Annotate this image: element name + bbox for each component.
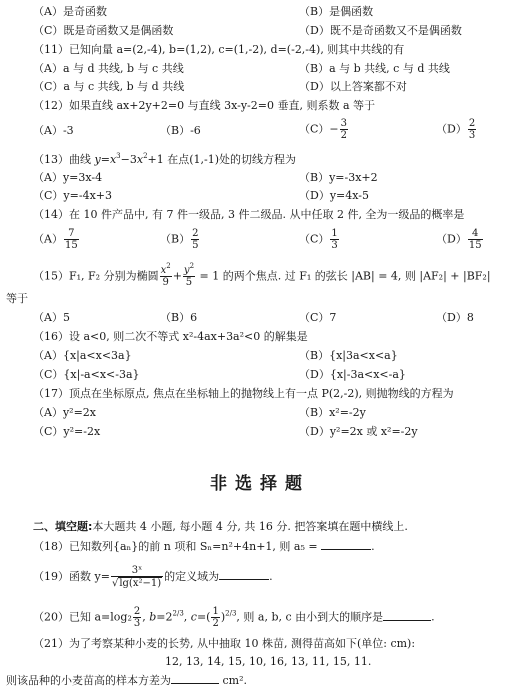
q19-stem: （19）函数 y=3ˣ√lg(x²−1)的定义域为. [33, 565, 273, 589]
denominator: 5 [191, 240, 199, 251]
unit: cm². [223, 674, 248, 687]
fraction: 415 [468, 228, 483, 251]
q20-suffix: , 则 a, b, c 由小到大的顺序是 [236, 611, 383, 624]
period: . [431, 611, 435, 624]
numerator: 4 [468, 228, 483, 240]
q12-option-c: （C）−32 [299, 118, 349, 141]
q15-continuation: 等于 [6, 292, 28, 306]
q19-prefix: （19）函数 y= [33, 570, 110, 583]
option-label: （D） [436, 123, 467, 136]
q15-stem: （15）F₁, F₂ 分别为椭圆x29+y25 = 1 的两个焦点. 过 F₁ … [33, 265, 491, 288]
q10-option-b: （B）是偶函数 [299, 5, 373, 19]
ellipse-y-term: y25 [183, 265, 195, 288]
fraction: 715 [64, 228, 79, 251]
q12-option-a: （A）-3 [33, 124, 74, 138]
fill-section-desc: 本大题共 4 小题, 每小题 4 分, 共 16 分. 把答案填在题中横线上. [92, 520, 407, 533]
q14-stem: （14）在 10 件产品中, 有 7 件一级品, 3 件二级品. 从中任取 2 … [33, 208, 464, 222]
fraction: 32 [340, 118, 348, 141]
q16-option-c: （C）{x|-a<x<-3a} [33, 368, 140, 382]
q21-text: 则该品种的小麦苗高的样本方差为 [6, 674, 171, 687]
numerator: 3ˣ [111, 565, 163, 577]
minus-sign: − [329, 123, 338, 136]
q14-option-c: （C）13 [299, 228, 340, 251]
q13-option-c: （C）y=-4x+3 [33, 189, 112, 203]
option-label: （B） [160, 233, 190, 246]
numerator: 2 [468, 118, 476, 130]
q16-option-d: （D）{x|-3a<x<-a} [299, 368, 406, 382]
q19-answer-blank[interactable] [219, 569, 269, 580]
section-title: 非选择题 [0, 469, 520, 494]
denominator: 15 [64, 240, 79, 251]
q11-option-c: （C）a 与 c 共线, b 与 d 共线 [33, 80, 184, 94]
option-label: （C） [299, 233, 329, 246]
numerator: 1 [330, 228, 338, 240]
denominator: 15 [468, 240, 483, 251]
option-label: （D） [436, 233, 467, 246]
q17-option-c: （C）y²=-2x [33, 425, 100, 439]
q10-option-d: （D）既不是奇函数又不是偶函数 [299, 24, 462, 38]
numerator: 3 [340, 118, 348, 130]
q18-text: （18）已知数列{aₙ}的前 n 项和 Sₙ=n²+4n+1, 则 a₅ = [33, 540, 318, 553]
denominator: √lg(x²−1) [111, 577, 163, 589]
q18-answer-blank[interactable] [321, 539, 371, 550]
numerator: 2 [191, 228, 199, 240]
q13-stem: （13）曲线 y=x3−3x2+1 在点(1,-1)处的切线方程为 [33, 153, 296, 167]
log-fraction: 23 [133, 606, 141, 629]
q11-option-b: （B）a 与 b 共线, c 与 d 共线 [299, 62, 450, 76]
q16-option-a: （A）{x|a<x<3a} [33, 349, 132, 363]
q21-stem: （21）为了考察某种小麦的长势, 从中抽取 10 株苗, 测得苗高如下(单位: … [33, 637, 415, 651]
q11-option-d: （D）以上答案都不对 [299, 80, 407, 94]
q20-prefix: （20）已知 a=log₂ [33, 611, 132, 624]
denominator: 3 [330, 240, 338, 251]
q11-option-a: （A）a 与 d 共线, b 与 c 共线 [33, 62, 184, 76]
q20-stem: （20）已知 a=log₂23, b=22/3, c=(12)2/3, 则 a,… [33, 606, 435, 629]
q15-prefix: （15）F₁, F₂ 分别为椭圆 [33, 270, 159, 283]
q12-option-b: （B）-6 [160, 124, 201, 138]
q14-option-a: （A）715 [33, 228, 80, 251]
q13-option-b: （B）y=-3x+2 [299, 171, 378, 185]
q17-option-b: （B）x²=-2y [299, 406, 366, 420]
q12-option-d: （D）23 [436, 118, 477, 141]
q21-answer-blank[interactable] [171, 673, 219, 684]
q10-option-c: （C）既是奇函数又是偶函数 [33, 24, 173, 38]
q17-stem: （17）顶点在坐标原点, 焦点在坐标轴上的抛物线上有一点 P(2,-2), 则抛… [33, 387, 454, 401]
option-label: （A） [33, 233, 63, 246]
q20-answer-blank[interactable] [383, 610, 431, 621]
numerator: 7 [64, 228, 79, 240]
fill-section-heading: 二、填空题: [33, 520, 92, 533]
half-fraction: 12 [211, 606, 219, 629]
option-label: （C） [299, 123, 329, 136]
q17-option-d: （D）y²=2x 或 x²=-2y [299, 425, 418, 439]
q15-option-c: （C）7 [299, 311, 336, 325]
q12-stem: （12）如果直线 ax+2y+2=0 与直线 3x-y-2=0 垂直, 则系数 … [33, 99, 375, 113]
period: . [269, 570, 273, 583]
fraction: 13 [330, 228, 338, 251]
q14-option-b: （B）25 [160, 228, 200, 251]
ellipse-x-term: x29 [160, 265, 172, 288]
q15-option-d: （D）8 [436, 311, 474, 325]
q17-option-a: （A）y²=2x [33, 406, 96, 420]
q10-option-a: （A）是奇函数 [33, 5, 107, 19]
q15-suffix: = 1 的两个焦点. 过 F₁ 的弦长 |AB| = 4, 则 |AF₂| + … [196, 270, 491, 283]
q13-suffix: 在点(1,-1)处的切线方程为 [164, 153, 296, 166]
period: . [371, 540, 375, 553]
denominator: 2 [340, 130, 348, 141]
q14-option-d: （D）415 [436, 228, 484, 251]
q15-option-a: （A）5 [33, 311, 70, 325]
q18-stem: （18）已知数列{aₙ}的前 n 项和 Sₙ=n²+4n+1, 则 a₅ = . [33, 539, 375, 554]
q16-option-b: （B）{x|3a<x<a} [299, 349, 398, 363]
q13-option-a: （A）y=3x-4 [33, 171, 102, 185]
q13-prefix: （13）曲线 [33, 153, 95, 166]
q11-stem: （11）已知向量 a=(2,-4), b=(1,2), c=(1,-2), d=… [33, 43, 404, 57]
denominator: 3 [468, 130, 476, 141]
q19-suffix: 的定义域为 [164, 570, 219, 583]
fill-section-intro: 二、填空题:本大题共 4 小题, 每小题 4 分, 共 16 分. 把答案填在题… [33, 520, 408, 534]
q13-option-d: （D）y=4x-5 [299, 189, 369, 203]
q21-data: 12, 13, 14, 15, 10, 16, 13, 11, 15, 11. [165, 655, 371, 669]
fraction: 23 [468, 118, 476, 141]
q21-conclusion: 则该品种的小麦苗高的样本方差为 cm². [6, 673, 247, 688]
q16-stem: （16）设 a<0, 则二次不等式 x²-4ax+3a²<0 的解集是 [33, 330, 308, 344]
q19-fraction: 3ˣ√lg(x²−1) [111, 565, 163, 589]
fraction: 25 [191, 228, 199, 251]
q15-option-b: （B）6 [160, 311, 197, 325]
